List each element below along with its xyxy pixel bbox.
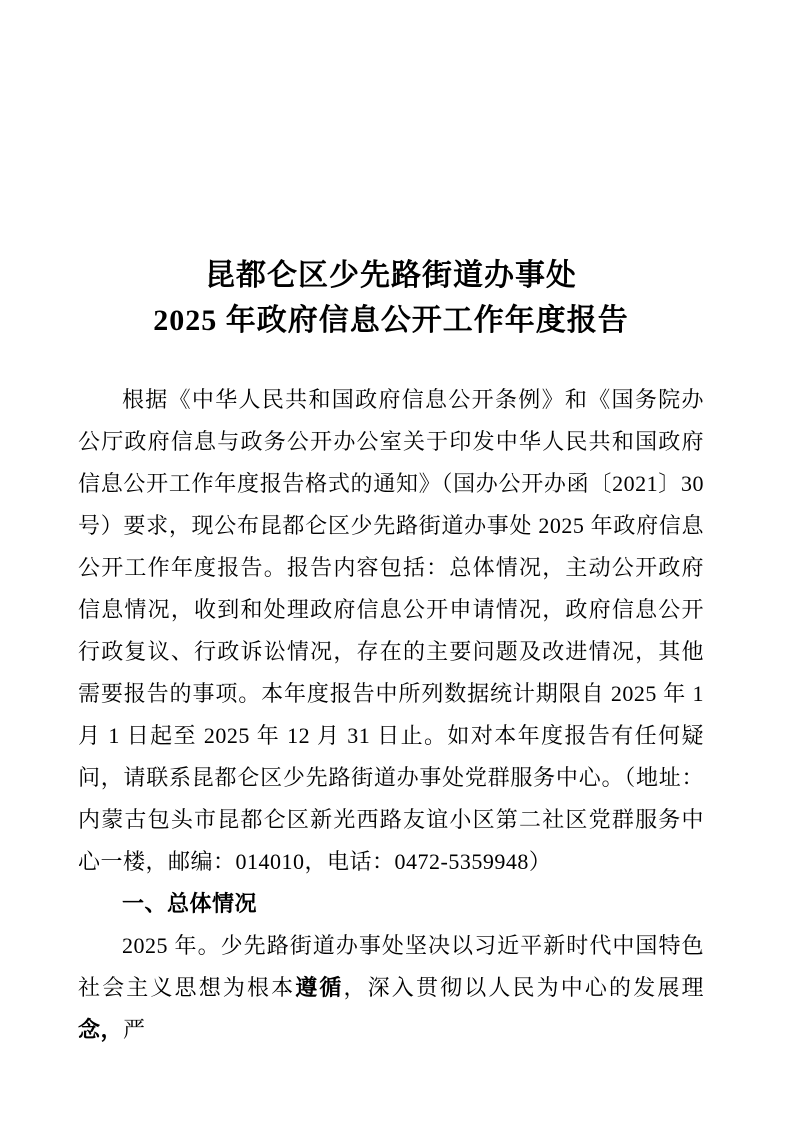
text-segment-bold: 念， — [78, 1017, 123, 1042]
title-line-1: 昆都仑区少先路街道办事处 — [78, 253, 704, 298]
document-page: 昆都仑区少先路街道办事处 2025 年政府信息公开工作年度报告 根据《中华人民共… — [0, 0, 793, 1122]
text-segment: ，深入贯彻以人民为中心的发展理 — [344, 975, 704, 1000]
section1-paragraph: 2025 年。少先路街道办事处坚决以习近平新时代中国特色社会主义思想为根本遵循，… — [78, 925, 704, 1051]
document-title: 昆都仑区少先路街道办事处 2025 年政府信息公开工作年度报告 — [78, 253, 704, 343]
document-content: 昆都仑区少先路街道办事处 2025 年政府信息公开工作年度报告 根据《中华人民共… — [78, 0, 704, 1051]
text-segment-bold: 遵循 — [295, 975, 343, 1000]
title-line-2: 2025 年政府信息公开工作年度报告 — [78, 298, 704, 343]
intro-paragraph: 根据《中华人民共和国政府信息公开条例》和《国务院办公厅政府信息与政务公开办公室关… — [78, 379, 704, 883]
text-segment: 严 — [123, 1017, 146, 1042]
section-heading-overall-situation: 一、总体情况 — [78, 883, 704, 925]
